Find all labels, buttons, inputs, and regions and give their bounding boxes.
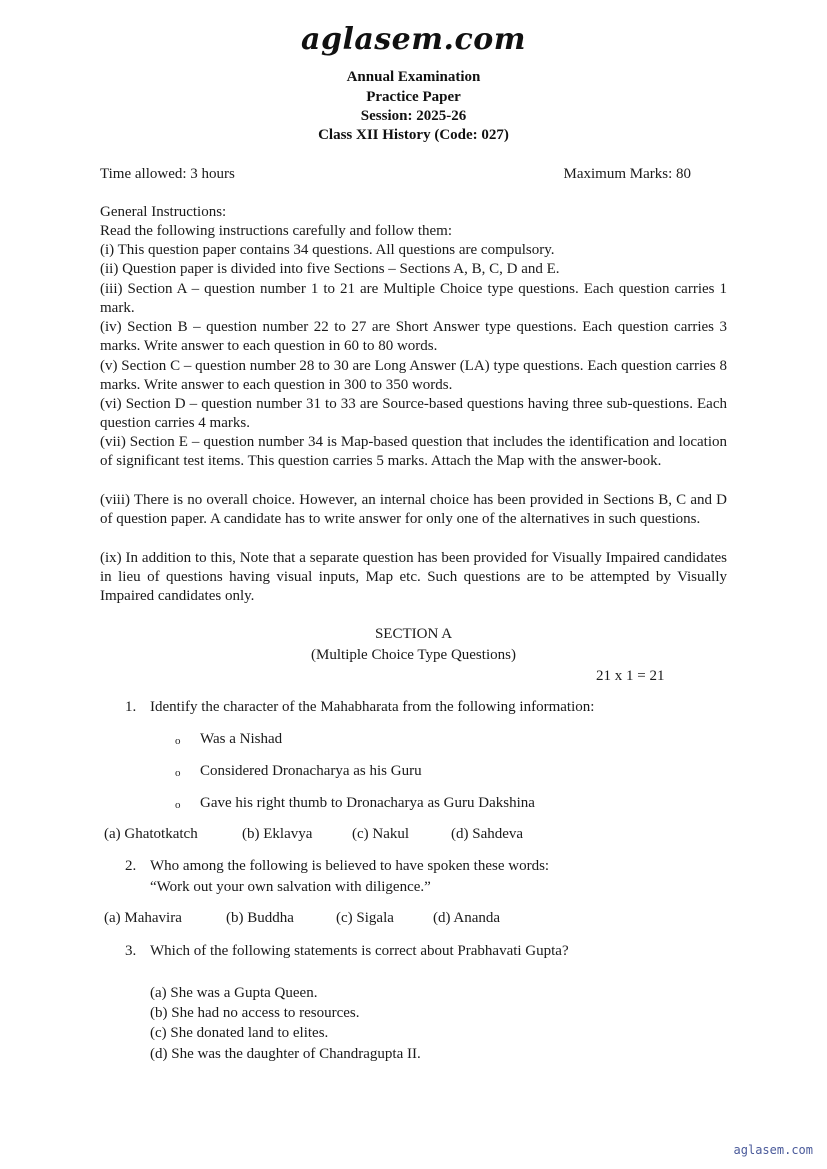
section-marks: 21 x 1 = 21: [596, 667, 664, 686]
option-c: (c) Sigala: [336, 910, 394, 927]
section-subtitle: (Multiple Choice Type Questions): [0, 646, 827, 665]
option-b: (b) She had no access to resources.: [150, 1004, 360, 1023]
instruction-item: (iv) Section B – question number 22 to 2…: [100, 318, 727, 356]
instruction-item: (ix) In addition to this, Note that a se…: [100, 549, 727, 607]
instruction-item: (ii) Question paper is divided into five…: [100, 260, 727, 279]
instruction-item: (vi) Section D – question number 31 to 3…: [100, 395, 727, 433]
question-quote: “Work out your own salvation with dilige…: [150, 878, 431, 897]
question-text: Who among the following is believed to h…: [150, 857, 549, 876]
maximum-marks: Maximum Marks: 80: [564, 165, 692, 184]
time-allowed: Time allowed: 3 hours: [100, 165, 235, 184]
question-text: Which of the following statements is cor…: [150, 942, 569, 961]
instructions-title: General Instructions:: [100, 203, 226, 222]
instruction-item: (vii) Section E – question number 34 is …: [100, 433, 727, 471]
instruction-item: (i) This question paper contains 34 ques…: [100, 241, 727, 260]
session: Session: 2025-26: [0, 108, 827, 125]
option-c: (c) She donated land to elites.: [150, 1024, 328, 1043]
option-b: (b) Buddha: [226, 910, 294, 927]
clue-item: Considered Dronacharya as his Guru: [200, 762, 422, 781]
option-a: (a) She was a Gupta Queen.: [150, 984, 317, 1003]
instruction-item: (v) Section C – question number 28 to 30…: [100, 357, 727, 395]
footer-watermark: aglasem.com: [734, 1143, 813, 1157]
question-number: 1.: [125, 698, 136, 717]
paper-type: Practice Paper: [0, 89, 827, 106]
bullet-icon: o: [175, 735, 181, 747]
option-d: (d) Ananda: [433, 910, 500, 927]
question-number: 2.: [125, 857, 136, 876]
option-c: (c) Nakul: [352, 826, 409, 843]
option-b: (b) Eklavya: [242, 826, 312, 843]
question-text: Identify the character of the Mahabharat…: [150, 698, 594, 717]
option-d: (d) She was the daughter of Chandragupta…: [150, 1045, 421, 1064]
bullet-icon: o: [175, 799, 181, 811]
section-title: SECTION A: [0, 625, 827, 644]
instruction-item: (iii) Section A – question number 1 to 2…: [100, 280, 727, 318]
question-number: 3.: [125, 942, 136, 961]
instructions-intro: Read the following instructions carefull…: [100, 222, 452, 241]
clue-item: Was a Nishad: [200, 730, 282, 749]
option-a: (a) Mahavira: [104, 910, 182, 927]
exam-title: Annual Examination: [0, 69, 827, 86]
clue-item: Gave his right thumb to Dronacharya as G…: [200, 794, 535, 813]
bullet-icon: o: [175, 767, 181, 779]
option-a: (a) Ghatotkatch: [104, 826, 198, 843]
class-subject: Class XII History (Code: 027): [0, 127, 827, 144]
site-logo: aglasem.com: [0, 22, 827, 57]
instruction-item: (viii) There is no overall choice. Howev…: [100, 491, 727, 529]
option-d: (d) Sahdeva: [451, 826, 523, 843]
